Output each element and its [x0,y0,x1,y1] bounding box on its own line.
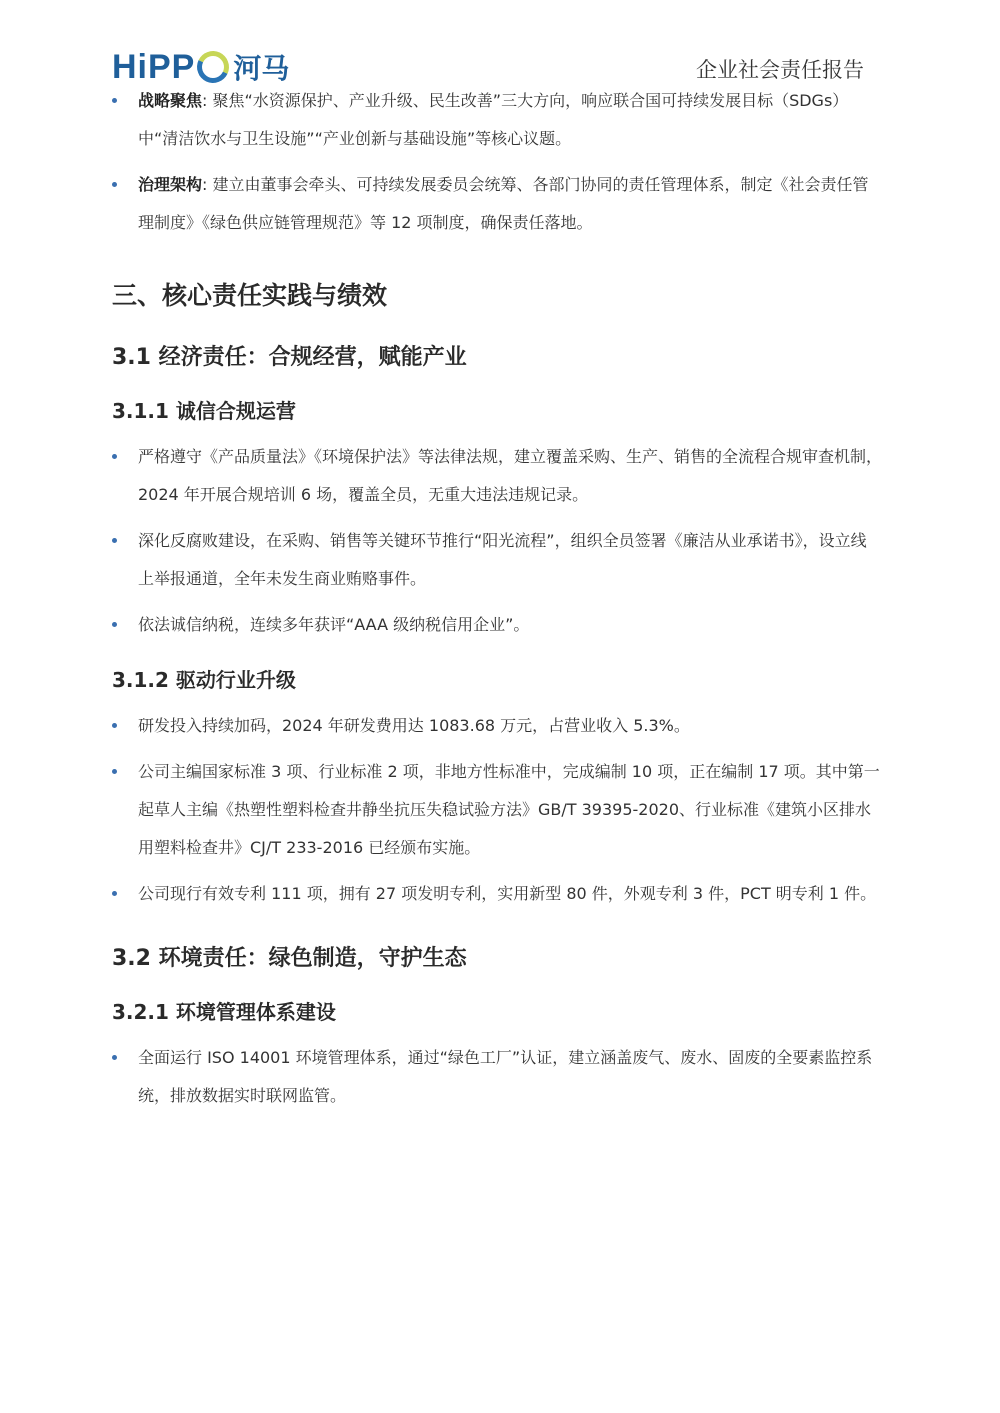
logo-text-en: HiPP [112,48,195,87]
section-3-1-title: 3.1 经济责任：合规经营，赋能产业 [112,340,882,371]
section-3-1-1-title: 3.1.1 诚信合规运营 [112,395,882,424]
bullet-text: 建立由董事会牵头、可持续发展委员会统筹、各部门协同的责任管理体系，制定《社会责任… [138,175,869,232]
bullet-icon [112,182,117,187]
section-3-1-2-title: 3.1.2 驱动行业升级 [112,664,882,693]
bullet-label: 战略聚焦 [138,91,202,110]
intro-bullet-strategy: 战略聚焦: 聚焦“水资源保护、产业升级、民生改善”三大方向，响应联合国可持续发展… [112,82,882,158]
bullet-icon [112,538,117,543]
section-3-title: 三、核心责任实践与绩效 [112,276,882,312]
list-item: 依法诚信纳税，连续多年获评“AAA 级纳税信用企业”。 [112,606,882,644]
bullet-text: 研发投入持续加码，2024 年研发费用达 1083.68 万元，占营业收入 5.… [138,716,690,735]
bullet-text: 深化反腐败建设，在采购、销售等关键环节推行“阳光流程”，组织全员签署《廉洁从业承… [138,531,867,588]
list-item: 严格遵守《产品质量法》《环境保护法》等法律法规，建立覆盖采购、生产、销售的全流程… [112,438,882,514]
bullet-text: 严格遵守《产品质量法》《环境保护法》等法律法规，建立覆盖采购、生产、销售的全流程… [138,447,882,504]
list-item: 深化反腐败建设，在采购、销售等关键环节推行“阳光流程”，组织全员签署《廉洁从业承… [112,522,882,598]
list-item: 公司主编国家标准 3 项、行业标准 2 项，非地方性标准中，完成编制 10 项，… [112,753,882,867]
bullet-icon [112,723,117,728]
bullet-text: 公司现行有效专利 111 项，拥有 27 项发明专利，实用新型 80 件，外观专… [138,884,876,903]
intro-bullet-governance: 治理架构: 建立由董事会牵头、可持续发展委员会统筹、各部门协同的责任管理体系，制… [112,166,882,242]
bullet-icon [112,622,117,627]
report-title: 企业社会责任报告 [696,54,864,84]
document-body: 战略聚焦: 聚焦“水资源保护、产业升级、民生改善”三大方向，响应联合国可持续发展… [112,82,882,1115]
section-3-2-1-title: 3.2.1 环境管理体系建设 [112,996,882,1025]
list-item: 全面运行 ISO 14001 环境管理体系，通过“绿色工厂”认证，建立涵盖废气、… [112,1039,882,1115]
bullet-text: 全面运行 ISO 14001 环境管理体系，通过“绿色工厂”认证，建立涵盖废气、… [138,1048,872,1105]
list-item: 研发投入持续加码，2024 年研发费用达 1083.68 万元，占营业收入 5.… [112,707,882,745]
separator: : [202,175,212,194]
bullet-icon [112,98,117,103]
bullet-icon [112,1055,117,1060]
logo-text-cn: 河马 [233,47,289,87]
list-item: 公司现行有效专利 111 项，拥有 27 项发明专利，实用新型 80 件，外观专… [112,875,882,913]
bullet-text: 公司主编国家标准 3 项、行业标准 2 项，非地方性标准中，完成编制 10 项，… [138,762,880,857]
bullet-text: 依法诚信纳税，连续多年获评“AAA 级纳税信用企业”。 [138,615,529,634]
section-3-2-title: 3.2 环境责任：绿色制造，守护生态 [112,941,882,972]
separator: : [202,91,212,110]
hippo-logo: HiPP 河马 [112,48,289,86]
bullet-icon [112,891,117,896]
bullet-icon [112,454,117,459]
bullet-text: 聚焦“水资源保护、产业升级、民生改善”三大方向，响应联合国可持续发展目标（SDG… [138,91,848,148]
bullet-label: 治理架构 [138,175,202,194]
bullet-icon [112,769,117,774]
